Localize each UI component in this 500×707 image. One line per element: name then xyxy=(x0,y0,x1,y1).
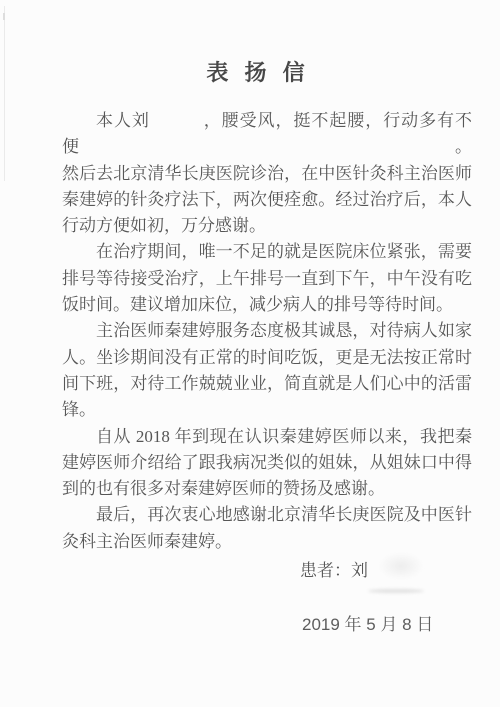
letter-line: 本人刘 ，腰受风，挺不起腰，行动多有不便。 xyxy=(62,108,472,161)
letter-line: 最后，再次衷心地感谢北京清华长庚医院及中医针 xyxy=(62,502,472,528)
letter-line: 饭时间。建议增加床位，减少病人的排号等待时间。 xyxy=(62,292,472,318)
letter-line: 人。坐诊期间没有正常的时间吃饭，更是无法按正常时 xyxy=(62,345,472,371)
redacted-signature-smudge xyxy=(368,589,424,593)
letter-date: 2019 年 5 月 8 日 xyxy=(302,612,433,638)
letter-line: 间下班，对待工作兢兢业业，简直就是人们心中的活雷 xyxy=(62,371,472,397)
letter-line: 行动方便如初，万分感谢。 xyxy=(62,213,472,239)
scan-artifact-speck xyxy=(3,13,5,20)
letter-line: 自从 2018 年到现在认识秦建婷医师以来，我把秦 xyxy=(62,424,472,450)
letter-line: 然后去北京清华长庚医院诊治，在中医针灸科主治医师 xyxy=(62,161,472,187)
redacted-name-smudge xyxy=(378,552,424,580)
letter-line: 主治医师秦建婷服务态度极其诚恳，对待病人如家 xyxy=(62,318,472,344)
letter-line: 在治疗期间，唯一不足的就是医院床位紧张，需要 xyxy=(62,239,472,265)
patient-signature: 患者：刘 xyxy=(300,558,368,584)
letter-line: 建婷医师介绍给了跟我病况类似的姐妹，从姐妹口中得 xyxy=(62,450,472,476)
letter-line: 到的也有很多对秦建婷医师的赞扬及感谢。 xyxy=(62,476,472,502)
letter-line: 秦建婷的针灸疗法下，两次便痊愈。经过治疗后，本人 xyxy=(62,187,472,213)
letter-line: 排号等待接受治疗，上午排号一直到下午，中午没有吃 xyxy=(62,266,472,292)
letter-line: 锋。 xyxy=(62,397,472,423)
letter-title: 表 扬 信 xyxy=(0,56,500,87)
scanned-letter-page: 表 扬 信 本人刘 ，腰受风，挺不起腰，行动多有不便。然后去北京清华长庚医院诊治… xyxy=(0,0,500,707)
letter-body: 本人刘 ，腰受风，挺不起腰，行动多有不便。然后去北京清华长庚医院诊治，在中医针灸… xyxy=(62,108,472,555)
scan-artifact-line xyxy=(4,6,5,181)
